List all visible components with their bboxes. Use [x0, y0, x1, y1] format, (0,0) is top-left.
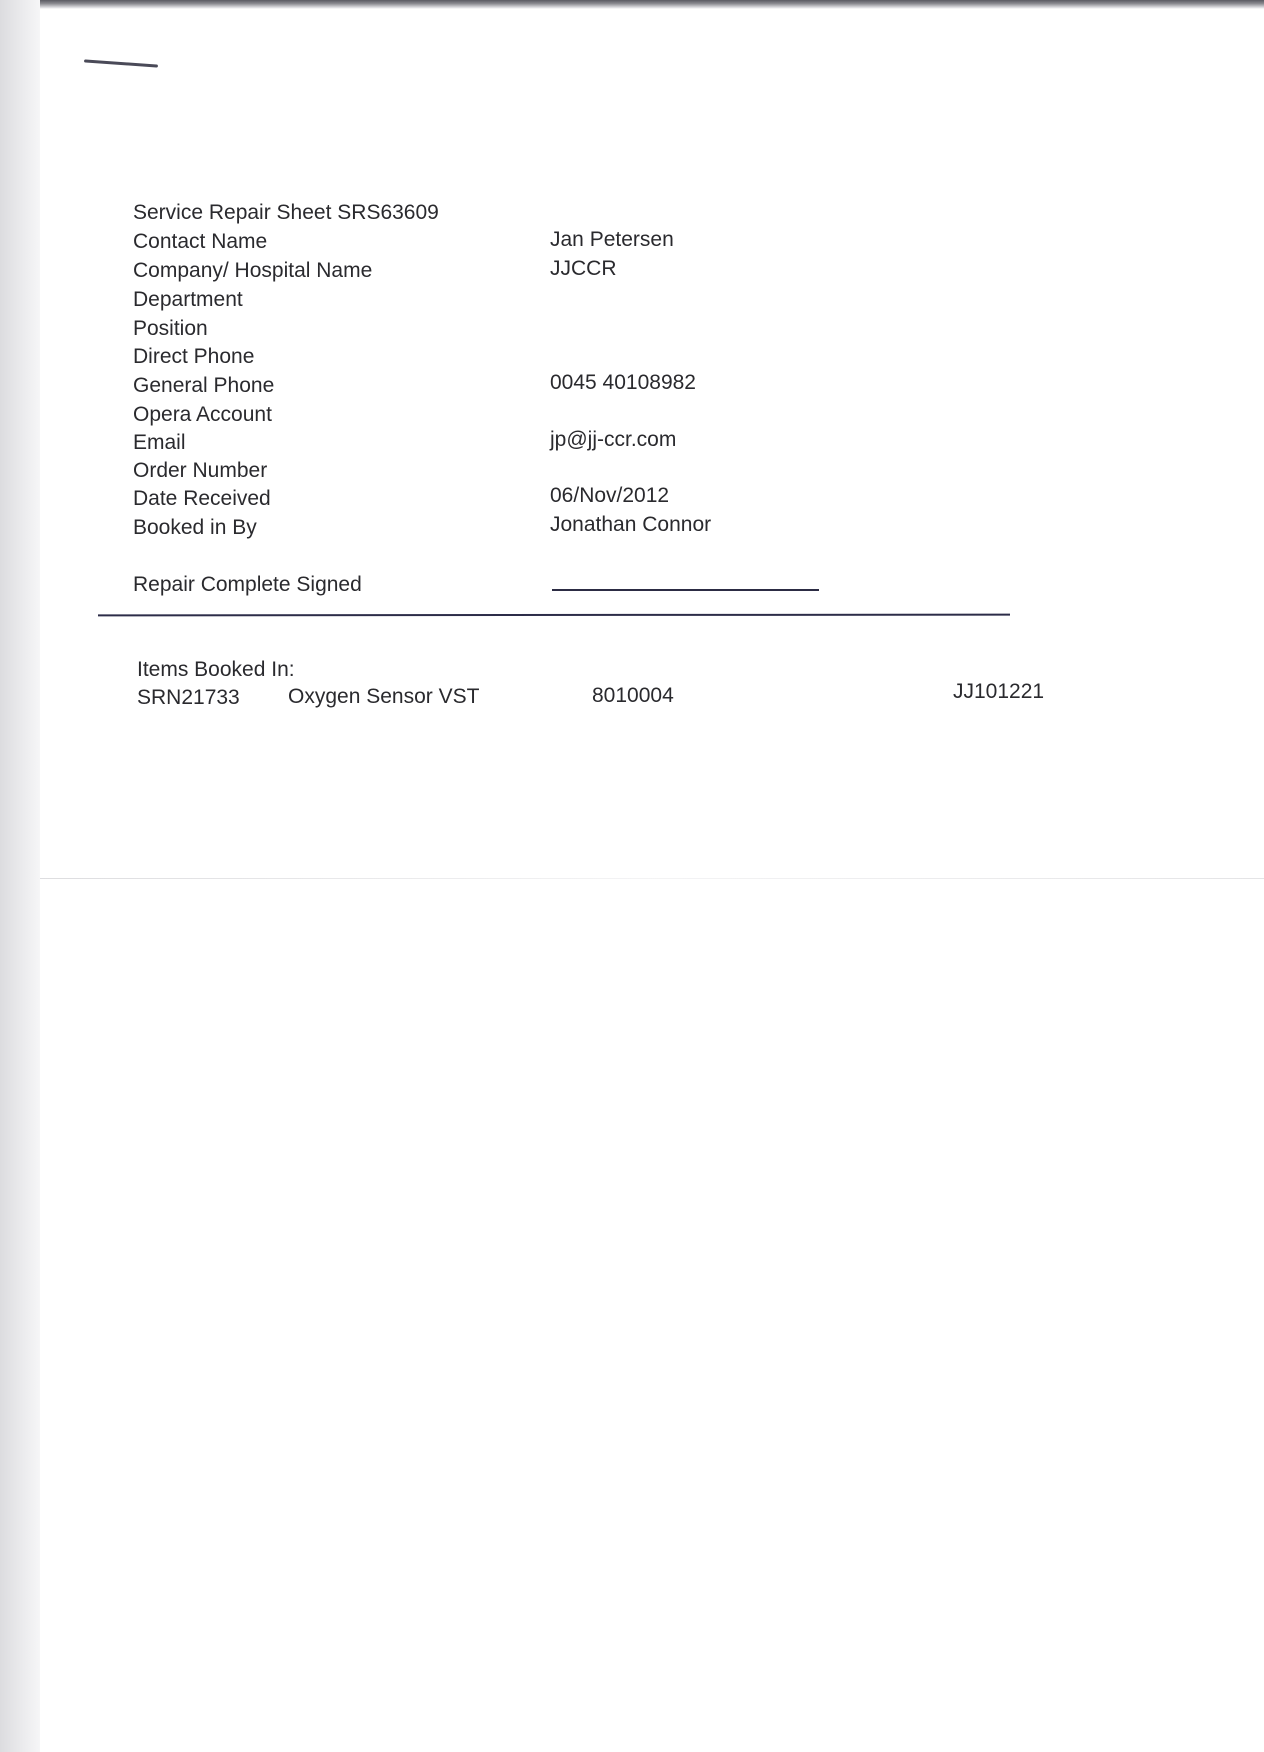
field-value-general-phone: 0045 40108982 — [550, 371, 696, 395]
items-heading: Items Booked In: — [137, 658, 295, 682]
field-value-contact-name: Jan Petersen — [550, 228, 674, 252]
field-label-opera-account: Opera Account — [133, 403, 272, 427]
field-label-contact-name: Contact Name — [133, 230, 267, 254]
signature-label: Repair Complete Signed — [133, 573, 362, 597]
field-label-order-number: Order Number — [133, 459, 267, 483]
scan-top-edge — [40, 0, 1264, 9]
item-part-number: 8010004 — [592, 684, 674, 708]
field-label-booked-in-by: Booked in By — [133, 516, 257, 540]
paper-fold-line — [40, 878, 1264, 879]
signature-line — [552, 589, 819, 591]
field-label-department: Department — [133, 288, 243, 312]
field-value-date-received: 06/Nov/2012 — [550, 484, 669, 508]
field-label-direct-phone: Direct Phone — [133, 345, 254, 369]
field-value-email: jp@jj-ccr.com — [550, 428, 676, 452]
sheet-title: Service Repair Sheet SRS63609 — [133, 201, 439, 225]
field-label-company: Company/ Hospital Name — [133, 259, 372, 283]
field-value-company: JJCCR — [550, 257, 617, 281]
field-label-general-phone: General Phone — [133, 374, 274, 398]
field-label-email: Email — [133, 431, 186, 455]
item-description: Oxygen Sensor VST — [288, 685, 479, 709]
item-srn: SRN21733 — [137, 686, 240, 710]
item-serial: JJ101221 — [953, 680, 1044, 704]
scan-left-edge — [0, 0, 40, 1752]
field-value-booked-in-by: Jonathan Connor — [550, 513, 711, 537]
field-label-date-received: Date Received — [133, 487, 271, 511]
field-label-position: Position — [133, 317, 208, 341]
